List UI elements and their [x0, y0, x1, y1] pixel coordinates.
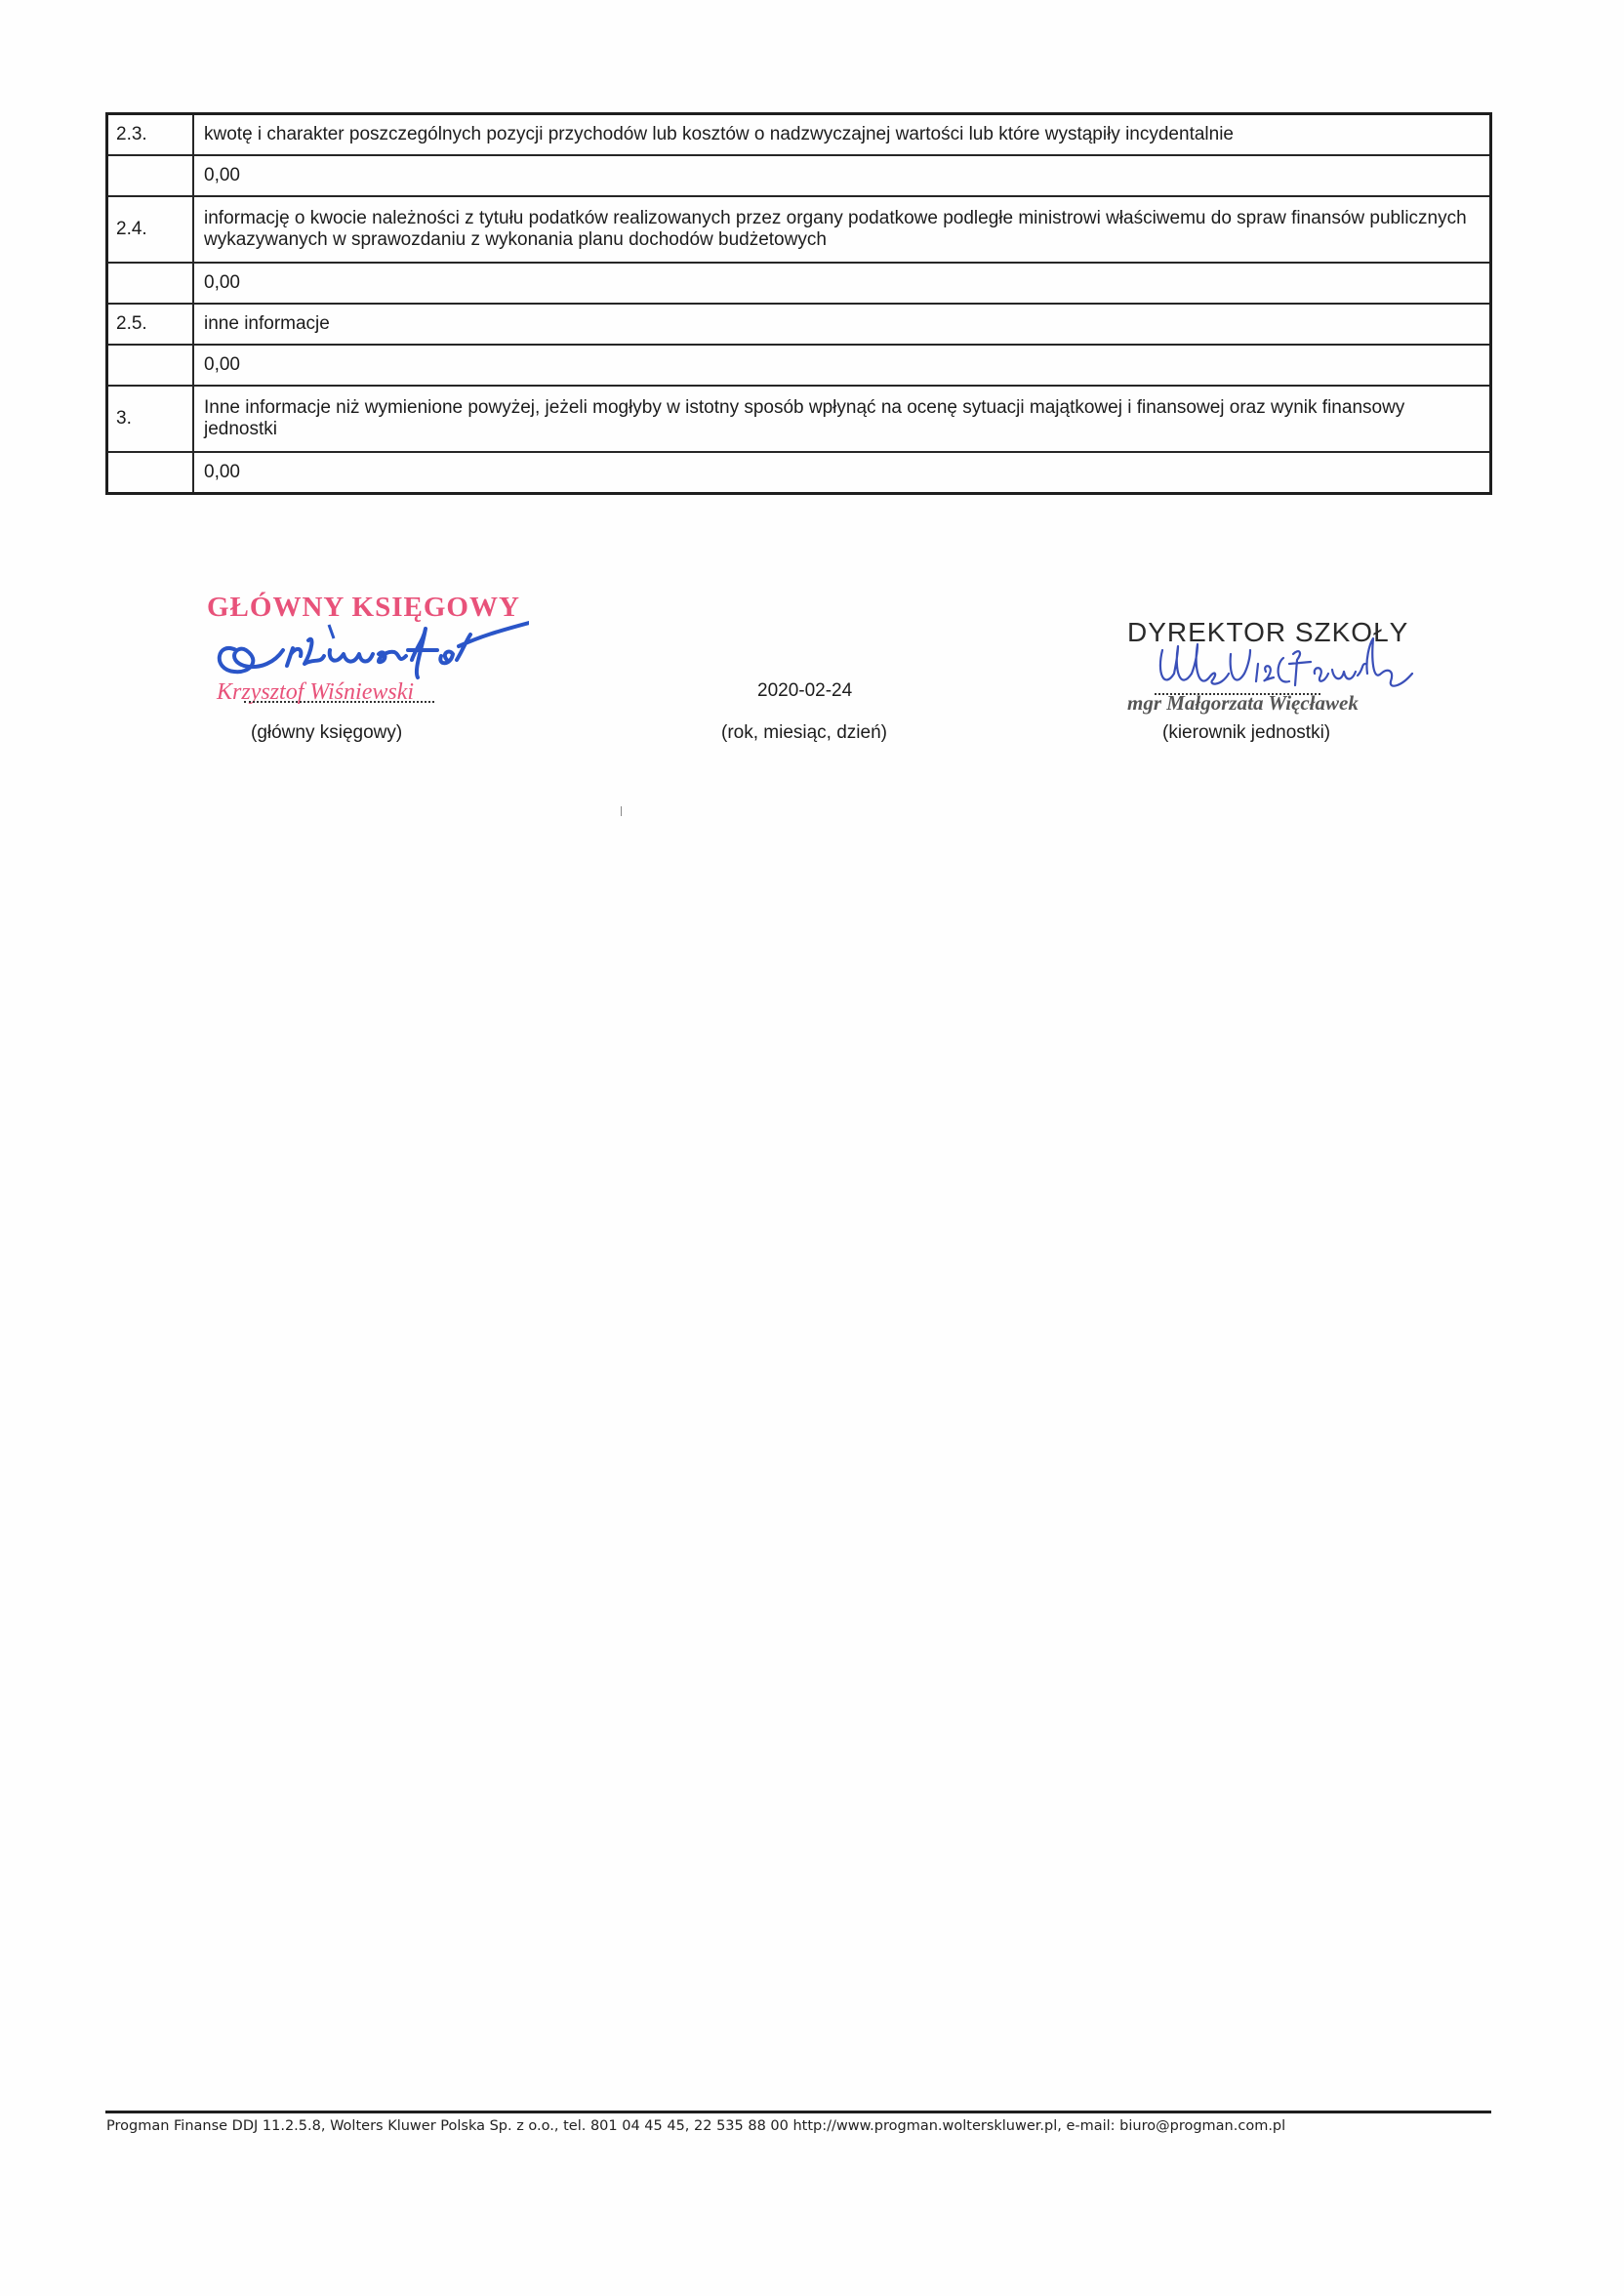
- footer-text: Progman Finanse DDJ 11.2.5.8, Wolters Kl…: [106, 2118, 1285, 2134]
- table-row: 2.5. inne informacje: [107, 304, 1491, 345]
- row-number: 2.5.: [107, 304, 194, 345]
- information-table: 2.3. kwotę i charakter poszczególnych po…: [105, 112, 1492, 495]
- director-stamp: DYREKTOR SZKOŁY mgr Małgorzata Więcławek: [1127, 617, 1420, 724]
- chief-accountant-caption: (główny księgowy): [251, 722, 402, 744]
- handwritten-signature-icon: [1157, 635, 1420, 703]
- footer-divider: [105, 2111, 1491, 2113]
- row-number: [107, 452, 194, 494]
- row-value: 0,00: [193, 345, 1491, 386]
- scan-artifact: [621, 806, 622, 816]
- row-number: 3.: [107, 386, 194, 452]
- director-caption: (kierownik jednostki): [1162, 722, 1330, 744]
- row-text: inne informacje: [193, 304, 1491, 345]
- table-row: 0,00: [107, 155, 1491, 196]
- signature-dotted-line: [244, 701, 434, 703]
- row-text: Inne informacje niż wymienione powyżej, …: [193, 386, 1491, 452]
- row-number: 2.4.: [107, 196, 194, 263]
- row-value: 0,00: [193, 263, 1491, 304]
- stamp-title: GŁÓWNY KSIĘGOWY: [207, 592, 520, 624]
- row-number: [107, 345, 194, 386]
- row-value: 0,00: [193, 452, 1491, 494]
- row-text: kwotę i charakter poszczególnych pozycji…: [193, 114, 1491, 156]
- table-row: 2.4. informację o kwocie należności z ty…: [107, 196, 1491, 263]
- signature-date: 2020-02-24: [757, 680, 852, 702]
- row-number: [107, 155, 194, 196]
- table-row: 0,00: [107, 452, 1491, 494]
- chief-accountant-stamp: GŁÓWNY KSIĘGOWY Krzysztof Wiśniewski: [207, 592, 539, 709]
- row-number: 2.3.: [107, 114, 194, 156]
- date-caption: (rok, miesiąc, dzień): [721, 722, 887, 744]
- row-number: [107, 263, 194, 304]
- table-row: 3. Inne informacje niż wymienione powyże…: [107, 386, 1491, 452]
- handwritten-signature-icon: [207, 621, 529, 689]
- row-text: informację o kwocie należności z tytułu …: [193, 196, 1491, 263]
- row-value: 0,00: [193, 155, 1491, 196]
- table-row: 0,00: [107, 263, 1491, 304]
- table-row: 0,00: [107, 345, 1491, 386]
- document-page: 2.3. kwotę i charakter poszczególnych po…: [0, 0, 1624, 2296]
- table-row: 2.3. kwotę i charakter poszczególnych po…: [107, 114, 1491, 156]
